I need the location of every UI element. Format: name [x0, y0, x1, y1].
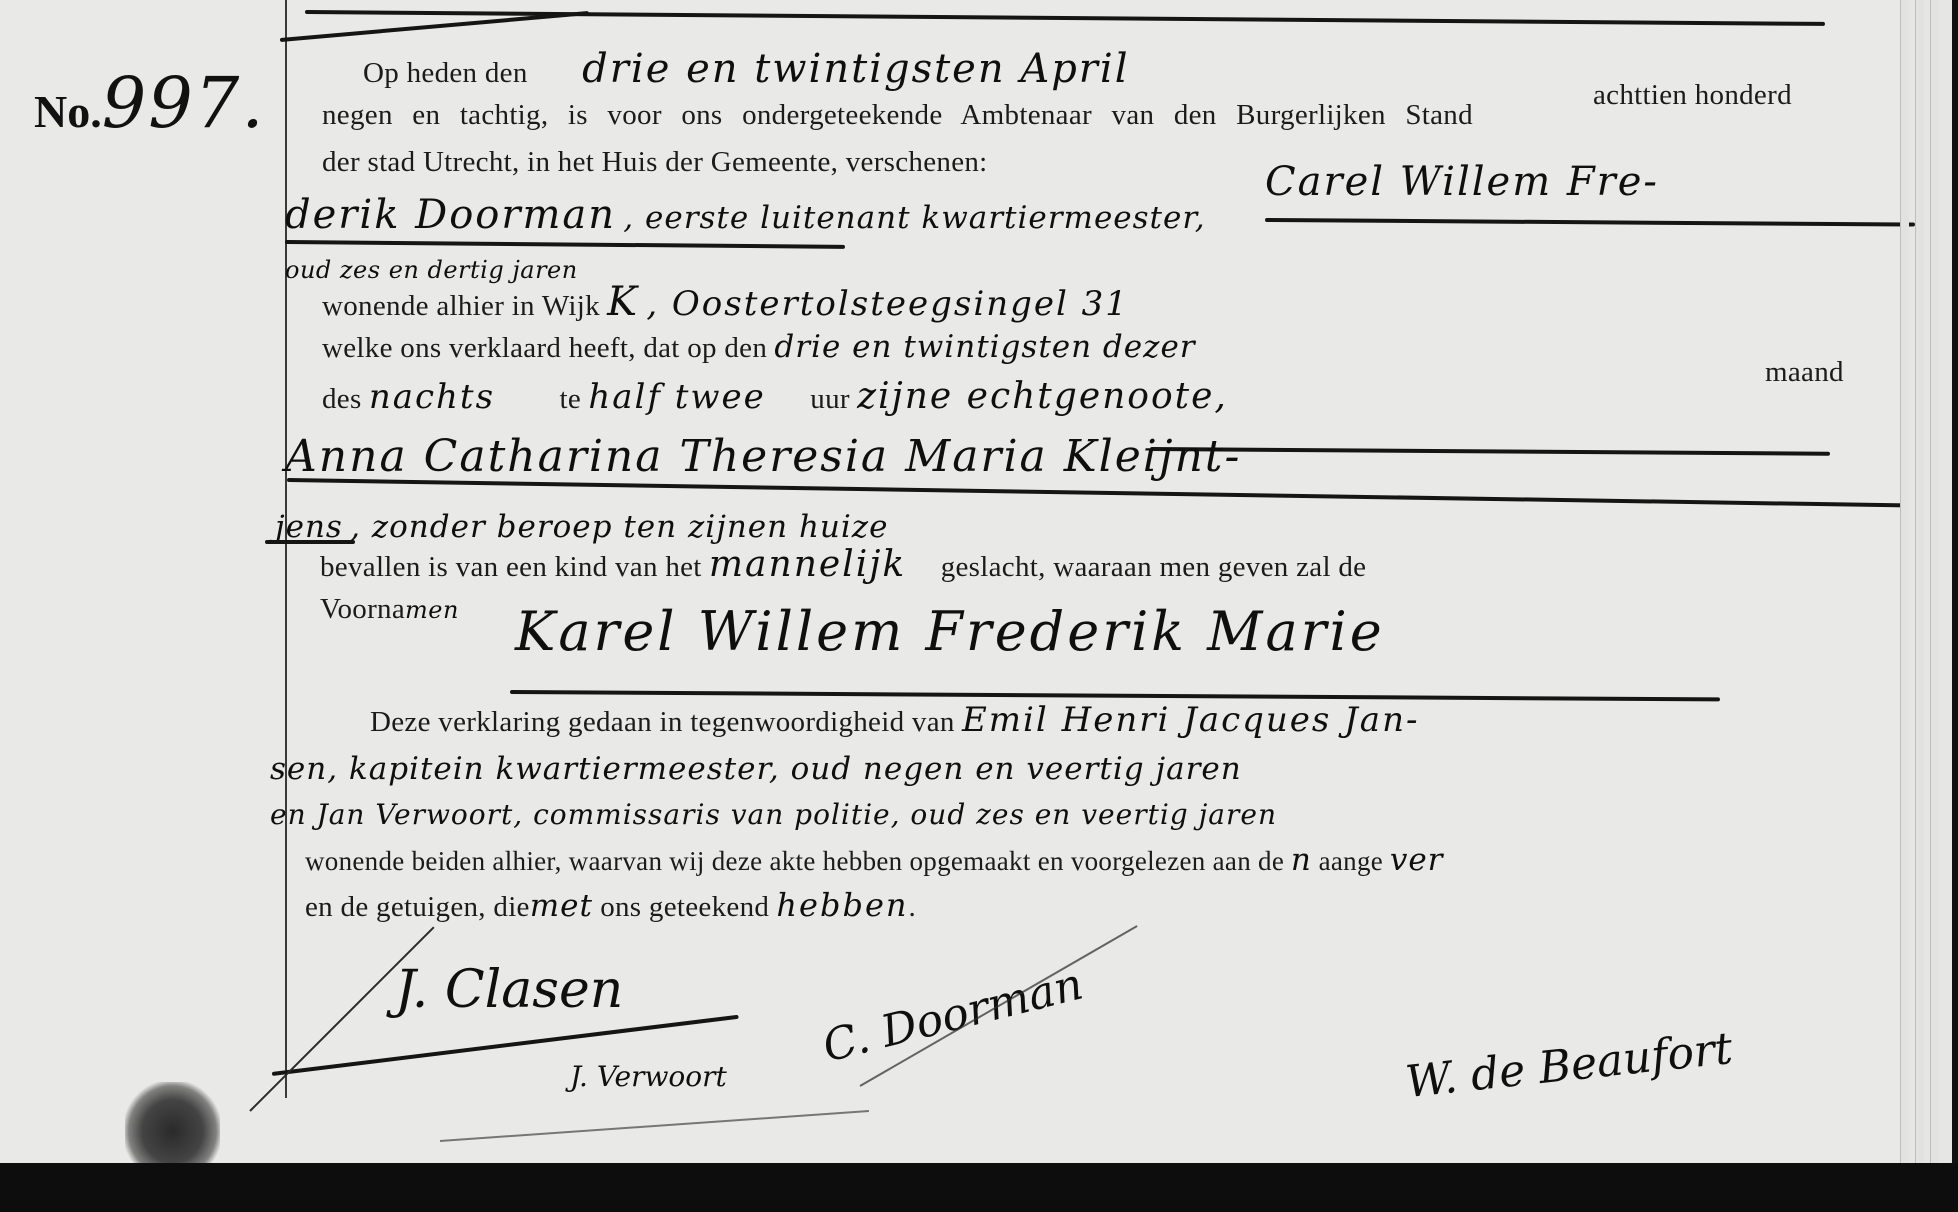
top-strike [280, 11, 589, 42]
line-8: des nachts te half twee uur zijne echtge… [322, 380, 1228, 416]
printed-text: achttien honderd [1593, 79, 1792, 111]
handwritten-mother-name: Anna Catharina Theresia Maria Kleijnt- [285, 431, 1241, 482]
line-5: oud zes en dertig jaren [285, 252, 578, 287]
handwritten-witness1-detail: sen, kapitein kwartiermeester, oud negen… [270, 751, 1242, 787]
underline [1265, 218, 1915, 227]
handwritten-address: , Oostertolsteegsingel 31 [646, 284, 1129, 324]
line-7: welke ons verklaard heeft, dat op den dr… [322, 330, 1196, 365]
line-1: Op heden den drie en twintigsten April [363, 52, 1157, 90]
line-3-hand: Carel Willem Fre- [1265, 165, 1659, 203]
handwritten-name: derik Doorman [285, 192, 616, 238]
line-9: Anna Catharina Theresia Maria Kleijnt- [285, 440, 1241, 479]
line-10: jens , zonder beroep ten zijnen huize [275, 510, 888, 545]
printed-text: bevallen is van een kind van het [320, 551, 702, 583]
line-6: wonende alhier in Wijk K , Oostertolstee… [322, 285, 1129, 323]
signature-flourish [440, 1110, 869, 1142]
printed-text: en de getuigen, die [305, 891, 530, 923]
line-1-end: achttien honderd [1593, 78, 1792, 112]
record-page: No.997. Op heden den drie en twintigsten… [0, 0, 1900, 1163]
handwritten-witness1: Emil Henri Jacques Jan- [962, 700, 1420, 740]
page-edge [1930, 0, 1939, 1163]
line-4: derik Doorman , eerste luitenant kwartie… [285, 198, 1206, 236]
line-13: Karel Willem Frederik Marie [515, 615, 1385, 658]
handwritten-wijk: K [607, 279, 639, 325]
scan-border [1952, 0, 1958, 1212]
line-7-end: maand [1765, 355, 1844, 389]
printed-text: Voorna [320, 593, 405, 625]
scan-border [0, 1163, 1958, 1212]
page-edge [1900, 0, 1909, 1163]
printed-text: Deze verklaring gedaan in tegenwoordighe… [370, 706, 955, 738]
handwritten-insert: n [1291, 842, 1312, 878]
signature-witness-2: J. Verwoort [570, 1060, 727, 1093]
printed-text: maand [1765, 356, 1844, 388]
signature-registrar: W. de Beaufort [1403, 1023, 1735, 1108]
printed-text: welke ons verklaard heeft, dat op den [322, 332, 767, 364]
printed-text: . [908, 891, 916, 923]
underline [1150, 447, 1830, 456]
page-edge [1915, 0, 1924, 1163]
underline [287, 478, 1907, 507]
line-14: Deze verklaring gedaan in tegenwoordighe… [370, 703, 1419, 739]
handwritten-date: drie en twintigsten April [582, 46, 1129, 92]
printed-text: wonende beiden alhier, waarvan wij deze … [305, 846, 1284, 876]
handwritten-age: oud zes en dertig jaren [285, 256, 578, 284]
line-17: wonende beiden alhier, waarvan wij deze … [305, 843, 1444, 878]
handwritten-occupation: , eerste luitenant kwartiermeester, [623, 200, 1205, 236]
handwritten-insert: hebben [776, 886, 908, 924]
handwritten-witness2: en Jan Verwoort, commissaris van politie… [270, 798, 1277, 831]
line-12: Voornamen [320, 592, 459, 627]
printed-text: des [322, 383, 362, 415]
printed-text: aange [1319, 846, 1383, 876]
akte-number-label: No. [34, 86, 102, 137]
line-16: en Jan Verwoort, commissaris van politie… [270, 798, 1277, 832]
line-3: der stad Utrecht, in het Huis der Gemeen… [322, 145, 988, 179]
line-11: bevallen is van een kind van het manneli… [320, 548, 1366, 584]
akte-number-value: 997. [102, 62, 266, 144]
handwritten-part-of-day: nachts [369, 377, 495, 417]
handwritten-suffix: men [405, 596, 459, 624]
handwritten-name: Carel Willem Fre- [1265, 159, 1659, 205]
line-18: en de getuigen, diemet ons geteekend heb… [305, 888, 916, 924]
handwritten-insert: met [530, 888, 593, 924]
handwritten-insert: ver [1390, 842, 1444, 878]
margin-rule [285, 0, 287, 1098]
akte-number: No.997. [34, 62, 266, 144]
ink-blot [125, 1082, 220, 1164]
line-15: sen, kapitein kwartiermeester, oud negen… [270, 752, 1242, 787]
printed-text: geslacht, waaraan men geven zal de [941, 551, 1367, 583]
printed-text: ons geteekend [600, 891, 769, 923]
underline [285, 240, 845, 249]
printed-text: uur [810, 383, 850, 415]
handwritten-time: half twee [588, 377, 765, 417]
underline [265, 540, 355, 544]
handwritten-day: drie en twintigsten dezer [774, 329, 1195, 365]
signature-witness-1: J. Clasen [395, 960, 623, 1020]
handwritten-child-name: Karel Willem Frederik Marie [515, 600, 1385, 663]
handwritten-relation: zijne echtgenoote, [857, 376, 1228, 417]
printed-text: der stad Utrecht, in het Huis der Gemeen… [322, 146, 988, 178]
printed-text: Op heden den [363, 57, 528, 89]
line-2: negen en tachtig, is voor ons ondergetee… [322, 98, 1473, 132]
printed-text: te [560, 383, 582, 415]
handwritten-sex: mannelijk [709, 544, 906, 585]
printed-text: wonende alhier in Wijk [322, 290, 600, 322]
handwritten-mother-detail: , zonder beroep ten zijnen huize [350, 509, 888, 545]
